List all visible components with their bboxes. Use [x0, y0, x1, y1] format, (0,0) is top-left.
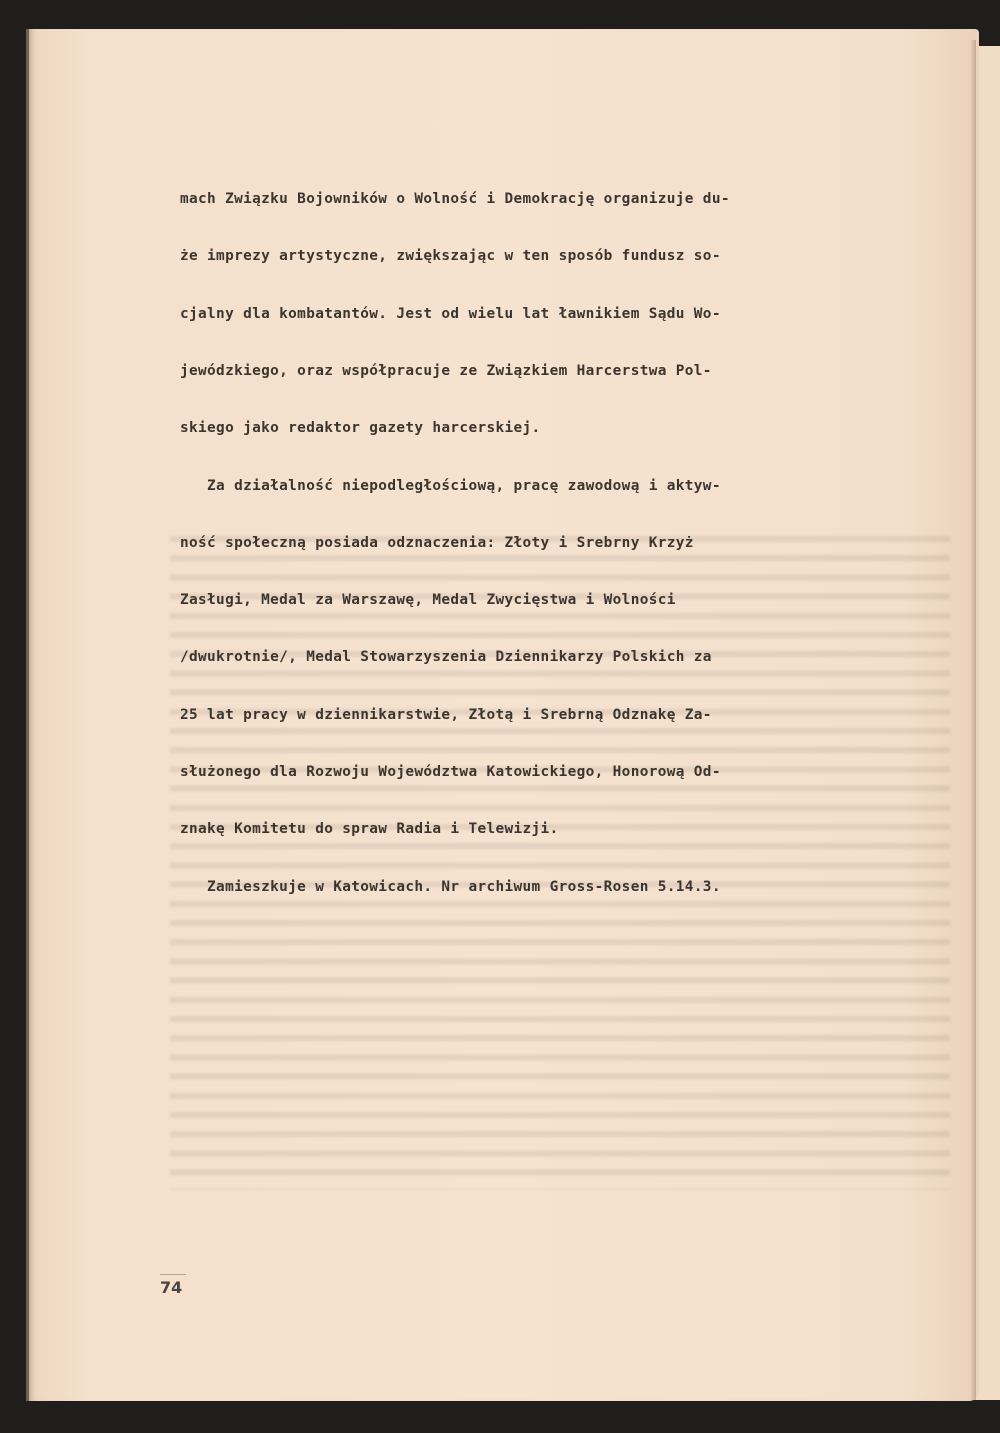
text-line: Za działalność niepodległościową, pracę …	[180, 477, 940, 496]
page-edge-shadow	[970, 40, 976, 1400]
text-line: Zasługi, Medal za Warszawę, Medal Zwycię…	[180, 591, 940, 610]
text-line: służonego dla Rozwoju Województwa Katowi…	[180, 763, 940, 782]
page-number-rule	[160, 1274, 186, 1275]
text-line: 25 lat pracy w dziennikarstwie, Złotą i …	[180, 706, 940, 725]
text-line: jewódzkiego, oraz współpracuje ze Związk…	[180, 362, 940, 381]
text-line: ność społeczną posiada odznaczenia: Złot…	[180, 534, 940, 553]
text-line: Zamieszkuje w Katowicach. Nr archiwum Gr…	[180, 878, 940, 897]
text-line: /dwukrotnie/, Medal Stowarzyszenia Dzien…	[180, 648, 940, 667]
text-line: że imprezy artystyczne, zwiększając w te…	[180, 247, 940, 266]
body-text: mach Związku Bojowników o Wolność i Demo…	[180, 152, 940, 916]
text-line: znakę Komitetu do spraw Radia i Telewizj…	[180, 820, 940, 839]
text-line: mach Związku Bojowników o Wolność i Demo…	[180, 190, 940, 209]
text-line: skiego jako redaktor gazety harcerskiej.	[180, 419, 940, 438]
page-number: 74	[160, 1278, 182, 1297]
text-line: cjalny dla kombatantów. Jest od wielu la…	[180, 305, 940, 324]
